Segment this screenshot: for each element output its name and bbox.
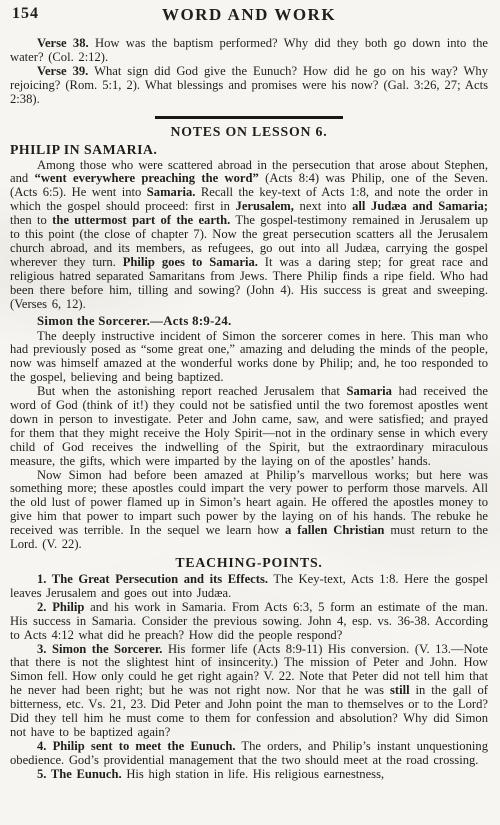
verse-39-paragraph: Verse 39. What sign did God give the Eun… (10, 65, 488, 107)
page-header: 154 WORD AND WORK (10, 5, 488, 27)
teaching-point-5: 5. The Eunuch. His high station in life.… (10, 768, 488, 782)
book-page: 154 WORD AND WORK Verse 38. How was the … (0, 0, 500, 782)
section-divider (155, 116, 343, 119)
journal-title: WORD AND WORK (10, 5, 488, 25)
teaching-point-3: 3. Simon the Sorcerer. His former life (… (10, 643, 488, 740)
simon-paragraph-1: The deeply instructive incident of Simon… (10, 330, 488, 386)
philip-paragraph-1: Among those who were scattered abroad in… (10, 159, 488, 312)
simon-subheading: Simon the Sorcerer.—Acts 8:9-24. (10, 314, 488, 329)
simon-paragraph-2: But when the astonishing report reached … (10, 385, 488, 468)
verse-38-paragraph: Verse 38. How was the baptism performed?… (10, 37, 488, 65)
philip-section-heading: PHILIP IN SAMARIA. (10, 142, 488, 158)
teaching-point-4: 4. Philip sent to meet the Eunuch. The o… (10, 740, 488, 768)
page-number: 154 (12, 5, 39, 23)
teaching-point-2: 2. Philip and his work in Samaria. From … (10, 601, 488, 643)
simon-paragraph-3: Now Simon had before been amazed at Phil… (10, 469, 488, 552)
teaching-heading: TEACHING-POINTS. (10, 555, 488, 571)
notes-heading: NOTES ON LESSON 6. (10, 124, 488, 140)
teaching-point-1: 1. The Great Persecution and its Effects… (10, 573, 488, 601)
